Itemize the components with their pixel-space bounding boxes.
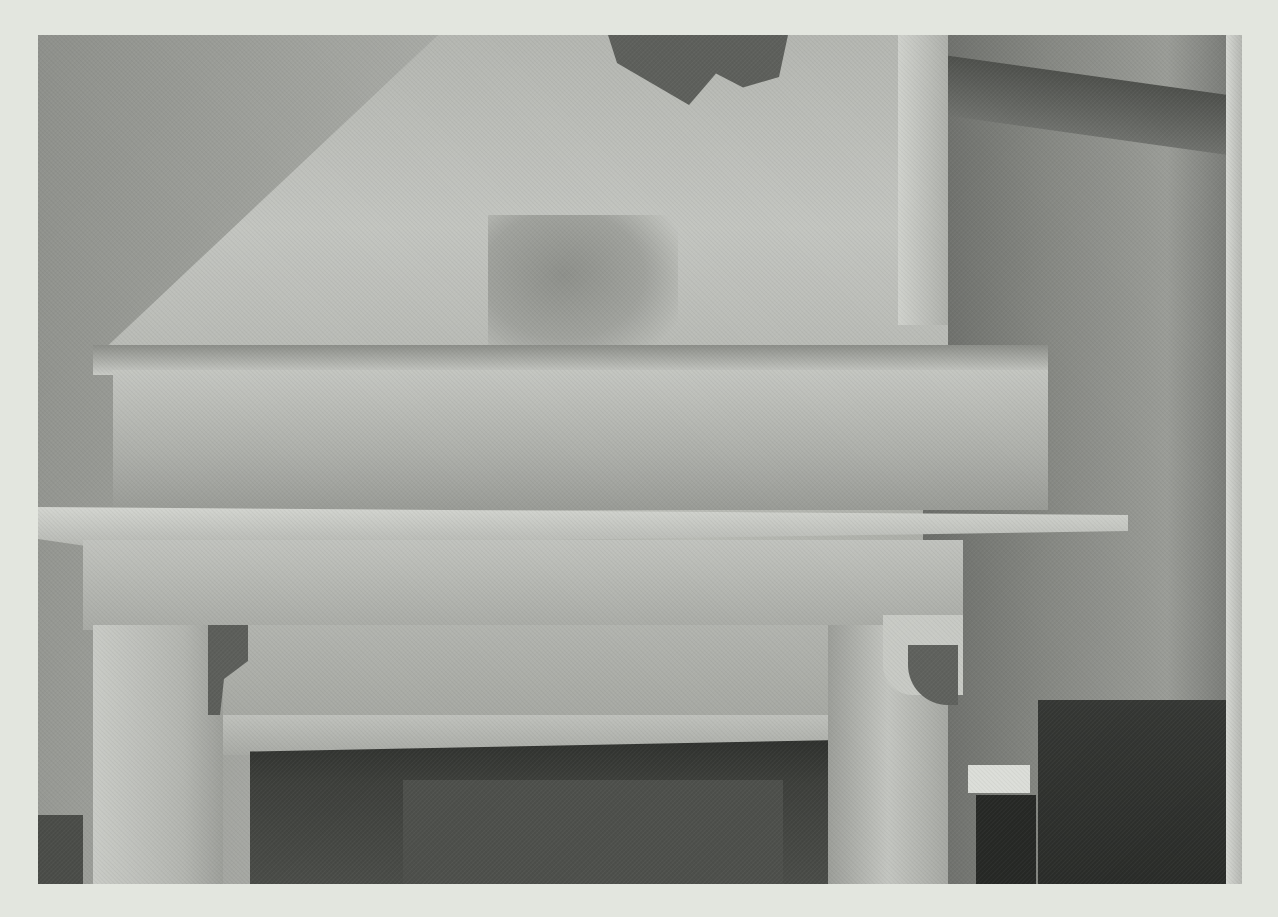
fireplace-photo: Stone fireplace with sloped hood/overman…: [38, 35, 1242, 884]
halftone-grain: [38, 35, 1242, 884]
